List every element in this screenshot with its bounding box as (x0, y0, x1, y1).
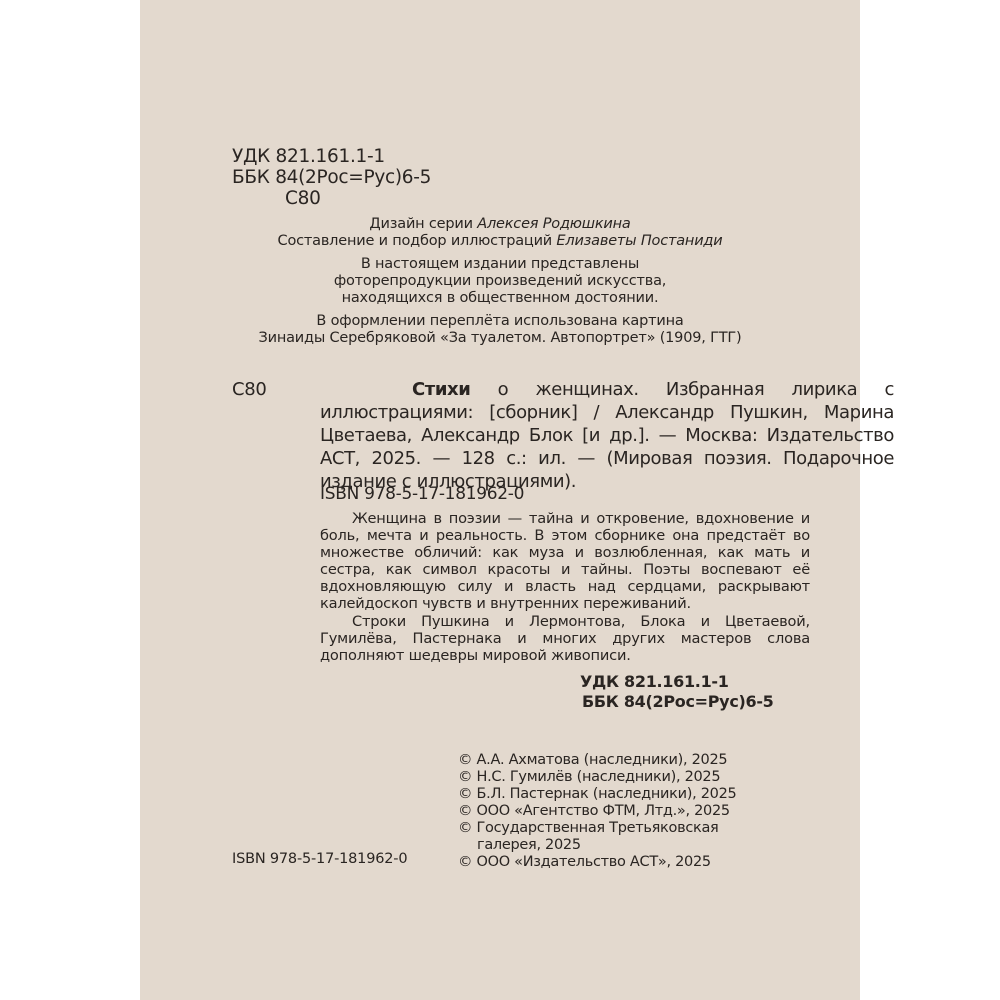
record-author-mark: С80 (232, 378, 267, 401)
series-designer-name: Алексея Родюшкина (477, 216, 630, 232)
classification-block: УДК 821.161.1-1 ББК 84(2Рос=Рус)6-5 С80 (232, 146, 431, 209)
compiler-name: Елизаветы Постаниди (556, 233, 722, 249)
imprint-page: УДК 821.161.1-1 ББК 84(2Рос=Рус)6-5 С80 … (140, 0, 860, 1000)
record-isbn: ISBN 978-5-17-181962-0 (320, 484, 524, 504)
annotation-paragraph: Женщина в поэзии — тайна и откровение, в… (320, 510, 810, 613)
copyright-line-continuation: галерея, 2025 (458, 837, 736, 854)
footer-isbn: ISBN 978-5-17-181962-0 (232, 851, 407, 867)
bbk-code-bold: ББК 84(2Рос=Рус)6-5 (580, 692, 774, 712)
record-title: Стихи (412, 379, 470, 400)
udk-code: УДК 821.161.1-1 (232, 146, 431, 167)
udk-code-bold: УДК 821.161.1-1 (580, 672, 774, 692)
record-description: Стихи о женщинах. Избранная лирика с илл… (320, 378, 894, 493)
bbk-code: ББК 84(2Рос=Рус)6-5 (232, 167, 431, 188)
annotation: Женщина в поэзии — тайна и откровение, в… (320, 510, 810, 664)
copyright-line: © ООО «Издательство АСТ», 2025 (458, 854, 736, 871)
copyright-line: © А.А. Ахматова (наследники), 2025 (458, 752, 736, 769)
cover-note: В оформлении переплёта использована карт… (140, 313, 860, 347)
classification-bold-block: УДК 821.161.1-1 ББК 84(2Рос=Рус)6-5 (580, 672, 774, 712)
reproductions-note: В настоящем издании представлены фотореп… (140, 256, 860, 307)
compilation-line: Составление и подбор иллюстраций Елизаве… (140, 233, 860, 250)
copyright-line: © ООО «Агентство ФТМ, Лтд.», 2025 (458, 803, 736, 820)
author-mark: С80 (232, 188, 431, 209)
copyright-line: © Государственная Третьяковская (458, 820, 736, 837)
series-design-line: Дизайн серии Алексея Родюшкина (140, 216, 860, 233)
copyright-line: © Н.С. Гумилёв (наследники), 2025 (458, 769, 736, 786)
copyright-block: © А.А. Ахматова (наследники), 2025 © Н.С… (458, 752, 736, 871)
credits-block: Дизайн серии Алексея Родюшкина Составлен… (140, 216, 860, 347)
copyright-line: © Б.Л. Пастернак (наследники), 2025 (458, 786, 736, 803)
annotation-paragraph: Строки Пушкина и Лермонтова, Блока и Цве… (320, 613, 810, 664)
